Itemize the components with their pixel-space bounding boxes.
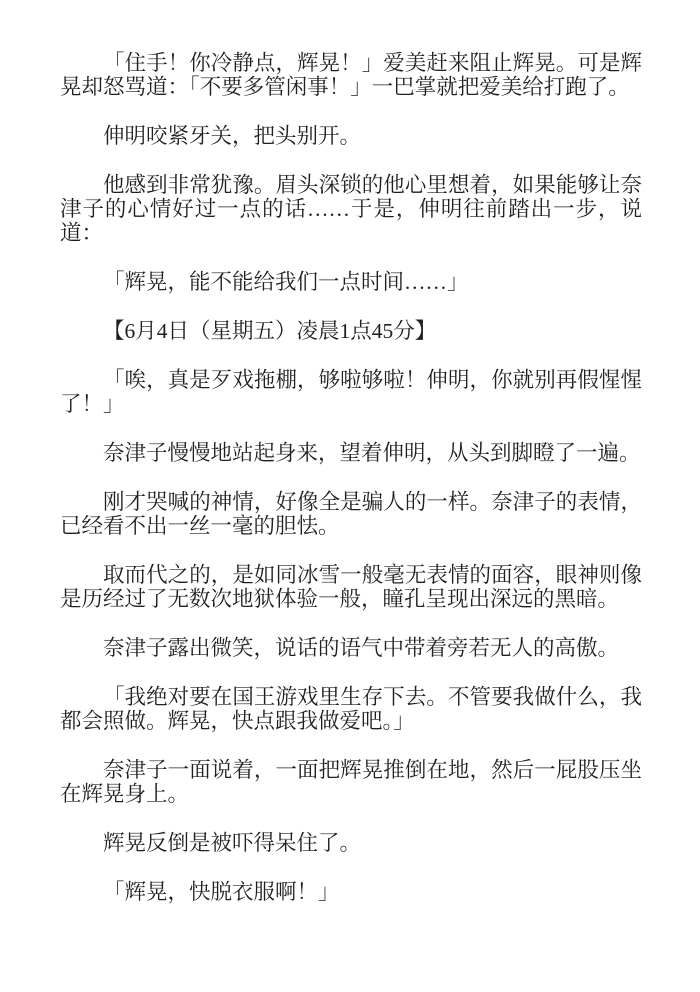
- paragraph: 奈津子露出微笑，说话的语气中带着旁若无人的高傲。: [60, 636, 642, 660]
- paragraph: 刚才哭喊的神情，好像全是骗人的一样。奈津子的表情，已经看不出一丝一毫的胆怯。: [60, 490, 642, 538]
- paragraph-dialogue: 「辉晃，能不能给我们一点时间……」: [60, 270, 642, 294]
- paragraph: 取而代之的，是如同冰雪一般毫无表情的面容，眼神则像是历经过了无数次地狱体验一般，…: [60, 563, 642, 611]
- paragraph-dialogue: 「我绝对要在国王游戏里生存下去。不管要我做什么，我都会照做。辉晃，快点跟我做爱吧…: [60, 685, 642, 733]
- paragraph: 他感到非常犹豫。眉头深锁的他心里想着，如果能够让奈津子的心情好过一点的话……于是…: [60, 173, 642, 245]
- paragraph-dialogue: 「住手！你冷静点，辉晃！」爱美赶来阻止辉晃。可是辉晃却怒骂道：「不要多管闲事！」…: [60, 51, 642, 99]
- paragraph: 奈津子一面说着，一面把辉晃推倒在地，然后一屁股压坐在辉晃身上。: [60, 758, 642, 806]
- paragraph: 奈津子慢慢地站起身来，望着伸明，从头到脚瞪了一遍。: [60, 441, 642, 465]
- paragraph: 伸明咬紧牙关，把头别开。: [60, 124, 642, 148]
- datetime-section-marker: 【6月4日（星期五）凌晨1点45分】: [60, 319, 642, 343]
- paragraph-dialogue: 「辉晃，快脱衣服啊！」: [60, 880, 642, 904]
- paragraph: 辉晃反倒是被吓得呆住了。: [60, 831, 642, 855]
- paragraph-dialogue: 「唉，真是歹戏拖棚，够啦够啦！伸明，你就别再假惺惺了！」: [60, 368, 642, 416]
- novel-page: 「住手！你冷静点，辉晃！」爱美赶来阻止辉晃。可是辉晃却怒骂道：「不要多管闲事！」…: [0, 0, 700, 992]
